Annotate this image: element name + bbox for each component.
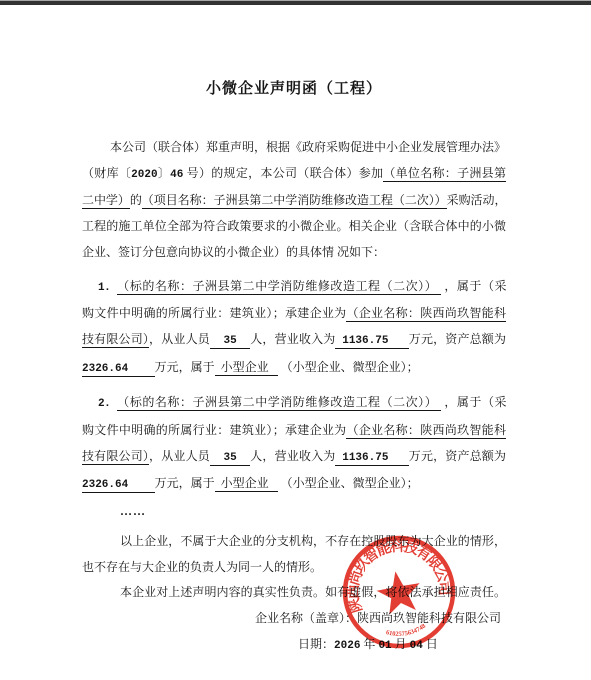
text-segment: 企业、签订分包意向协议的小微企业）的具体情 况如下： xyxy=(82,245,385,259)
text-segment: ，属于（采 xyxy=(441,395,506,409)
text-segment: 万元，属于 xyxy=(155,360,215,374)
item-2: 2. （标的名称：子洲县第二中学消防维修改造工程（二次）） ，属于（采 购文件中… xyxy=(82,390,506,499)
filled-blank: 35 xyxy=(210,452,250,466)
text-segment: （财库〔 xyxy=(82,166,131,180)
text-segment: 以上企业，不属于大企业的分支机构，不存在控股股东为大企业的情形， xyxy=(120,534,506,548)
filled-blank: 二中学） xyxy=(82,193,130,209)
text-segment: 购文件中明确的所属行业：建筑业）；承建企业为 xyxy=(82,306,346,320)
filled-blank: （企业名称：陕西尚玖智能科 xyxy=(346,306,506,322)
text-segment: 企业名称（盖章）： xyxy=(255,611,357,625)
intro-line-5: 企业、签订分包意向协议的小微企业）的具体情 况如下： xyxy=(82,240,506,266)
intro-line-3: 二中学）的（项目名称：子洲县第二中学消防维修改造工程（二次））采购活动， xyxy=(82,188,506,214)
text-segment: 工程的施工单位全部为符合政策要求的小微企业。相关企业（含联合体中的小微 xyxy=(82,219,506,233)
text-segment: （小型企业、微型企业）； xyxy=(278,360,419,374)
text-segment: 2026 xyxy=(334,640,360,652)
text-segment: 购文件中明确的所属行业：建筑业）；承建企业为 xyxy=(82,423,346,437)
intro-line-1: 本公司（联合体）郑重声明，根据《政府采购促进中小企业发展管理办法》 xyxy=(82,135,506,161)
text-segment: 也不存在与大企业的负责人为同一人的情形。 xyxy=(82,560,322,574)
filled-blank: （标的名称：子洲县第二中学消防维修改造工程（二次）） xyxy=(117,395,441,411)
item-1-line-3: 技有限公司），从业人员 35 人，营业收入为 1136.75 万元，资产总额为 xyxy=(82,327,506,355)
intro-paragraph: 本公司（联合体）郑重声明，根据《政府采购促进中小企业发展管理办法》 （财库〔20… xyxy=(82,135,506,266)
text-segment: 的 xyxy=(130,193,142,207)
filled-blank: 1136.75 xyxy=(335,452,408,466)
item-2-line-1: 2. （标的名称：子洲县第二中学消防维修改造工程（二次）） ，属于（采 xyxy=(82,390,506,418)
text-segment: 月 xyxy=(392,637,410,651)
text-segment: ，从业人员 xyxy=(149,449,210,463)
text-segment: 2020 xyxy=(131,169,157,181)
filled-blank: 技有限公司） xyxy=(82,332,149,348)
text-segment: 万元，资产总额为 xyxy=(409,449,506,463)
text-segment: ，属于（采 xyxy=(441,279,506,293)
item-2-line-4: 2326.64 万元，属于 小型企业 （小型企业、微型企业）； xyxy=(82,471,506,499)
filled-blank: 2326.64 xyxy=(82,479,155,493)
closing-paragraph-1: 以上企业，不属于大企业的分支机构，不存在控股股东为大企业的情形， 也不存在与大企… xyxy=(82,529,506,580)
signature-line: 企业名称（盖章）：陕西尚玖智能科技有限公司 xyxy=(82,606,506,632)
filled-blank: 35 xyxy=(210,335,250,349)
window-top-border xyxy=(0,0,591,5)
filled-blank: （项目名称：子洲县第二中学消防维修改造工程（二次）） xyxy=(142,193,447,209)
text-segment: 〕 xyxy=(158,166,171,180)
date-line: 日期：2026 年 01 月 04 日 xyxy=(82,632,506,660)
text-segment: 采购活动， xyxy=(447,193,506,207)
item-1-line-1: 1. （标的名称：子洲县第二中学消防维修改造工程（二次）） ，属于（采 xyxy=(82,274,506,302)
text-segment: 人，营业收入为 xyxy=(250,332,335,346)
text-segment: 日 xyxy=(423,637,438,651)
closing-line-1: 以上企业，不属于大企业的分支机构，不存在控股股东为大企业的情形， xyxy=(82,529,506,555)
text-segment: 本企业对上述声明内容的真实性负责。如有虚假，将依法承担相应责任。 xyxy=(120,585,506,599)
text-segment: 万元，资产总额为 xyxy=(409,332,506,346)
text-segment: 2. xyxy=(98,398,110,410)
text-segment: 本公司（联合体）郑重声明，根据《政府采购促进中小企业发展管理办法》 xyxy=(110,140,506,154)
text-segment: （小型企业、微型企业）； xyxy=(278,476,419,490)
declaration-document: 小微企业声明函（工程） 本公司（联合体）郑重声明，根据《政府采购促进中小企业发展… xyxy=(82,79,506,659)
item-2-line-3: 技有限公司），从业人员 35 人，营业收入为 1136.75 万元，资产总额为 xyxy=(82,444,506,472)
text-segment: 陕西尚玖智能科技有限公司 xyxy=(357,611,501,625)
item-1-line-2: 购文件中明确的所属行业：建筑业）；承建企业为（企业名称：陕西尚玖智能科 xyxy=(82,301,506,327)
text-segment: 万元，属于 xyxy=(155,476,215,490)
filled-blank: 2326.64 xyxy=(82,363,155,377)
ellipsis-line: …… xyxy=(82,499,506,525)
intro-line-2: （财库〔2020〕46 号）的规定，本公司（联合体）参加（单位名称：子洲县第 xyxy=(82,161,506,189)
filled-blank: 技有限公司） xyxy=(82,449,149,465)
text-segment: 01 xyxy=(378,640,391,652)
text-segment: 号）的规定，本公司（联合体）参加 xyxy=(183,166,383,180)
filled-blank: 1136.75 xyxy=(335,335,408,349)
text-segment: 04 xyxy=(410,640,423,652)
text-segment: 年 xyxy=(360,637,378,651)
item-1-line-4: 2326.64 万元，属于 小型企业 （小型企业、微型企业）； xyxy=(82,355,506,383)
text-segment: 1. xyxy=(98,282,110,294)
item-2-line-2: 购文件中明确的所属行业：建筑业）；承建企业为（企业名称：陕西尚玖智能科 xyxy=(82,418,506,444)
filled-blank: （企业名称：陕西尚玖智能科 xyxy=(346,423,506,439)
filled-blank: （单位名称：子洲县第 xyxy=(383,166,506,182)
item-1: 1. （标的名称：子洲县第二中学消防维修改造工程（二次）） ，属于（采 购文件中… xyxy=(82,274,506,383)
text-segment: ，从业人员 xyxy=(149,332,210,346)
filled-blank: 小型企业 xyxy=(215,360,278,376)
document-title: 小微企业声明函（工程） xyxy=(82,79,506,99)
intro-line-4: 工程的施工单位全部为符合政策要求的小微企业。相关企业（含联合体中的小微 xyxy=(82,214,506,240)
text-segment: 46 xyxy=(170,169,183,181)
closing-line-2: 也不存在与大企业的负责人为同一人的情形。 xyxy=(82,555,506,581)
text-segment: 人，营业收入为 xyxy=(250,449,335,463)
filled-blank: 小型企业 xyxy=(215,476,278,492)
closing-paragraph-2: 本企业对上述声明内容的真实性负责。如有虚假，将依法承担相应责任。 xyxy=(82,580,506,606)
text-segment: 日期： xyxy=(298,637,334,651)
filled-blank: （标的名称：子洲县第二中学消防维修改造工程（二次）） xyxy=(117,279,441,295)
